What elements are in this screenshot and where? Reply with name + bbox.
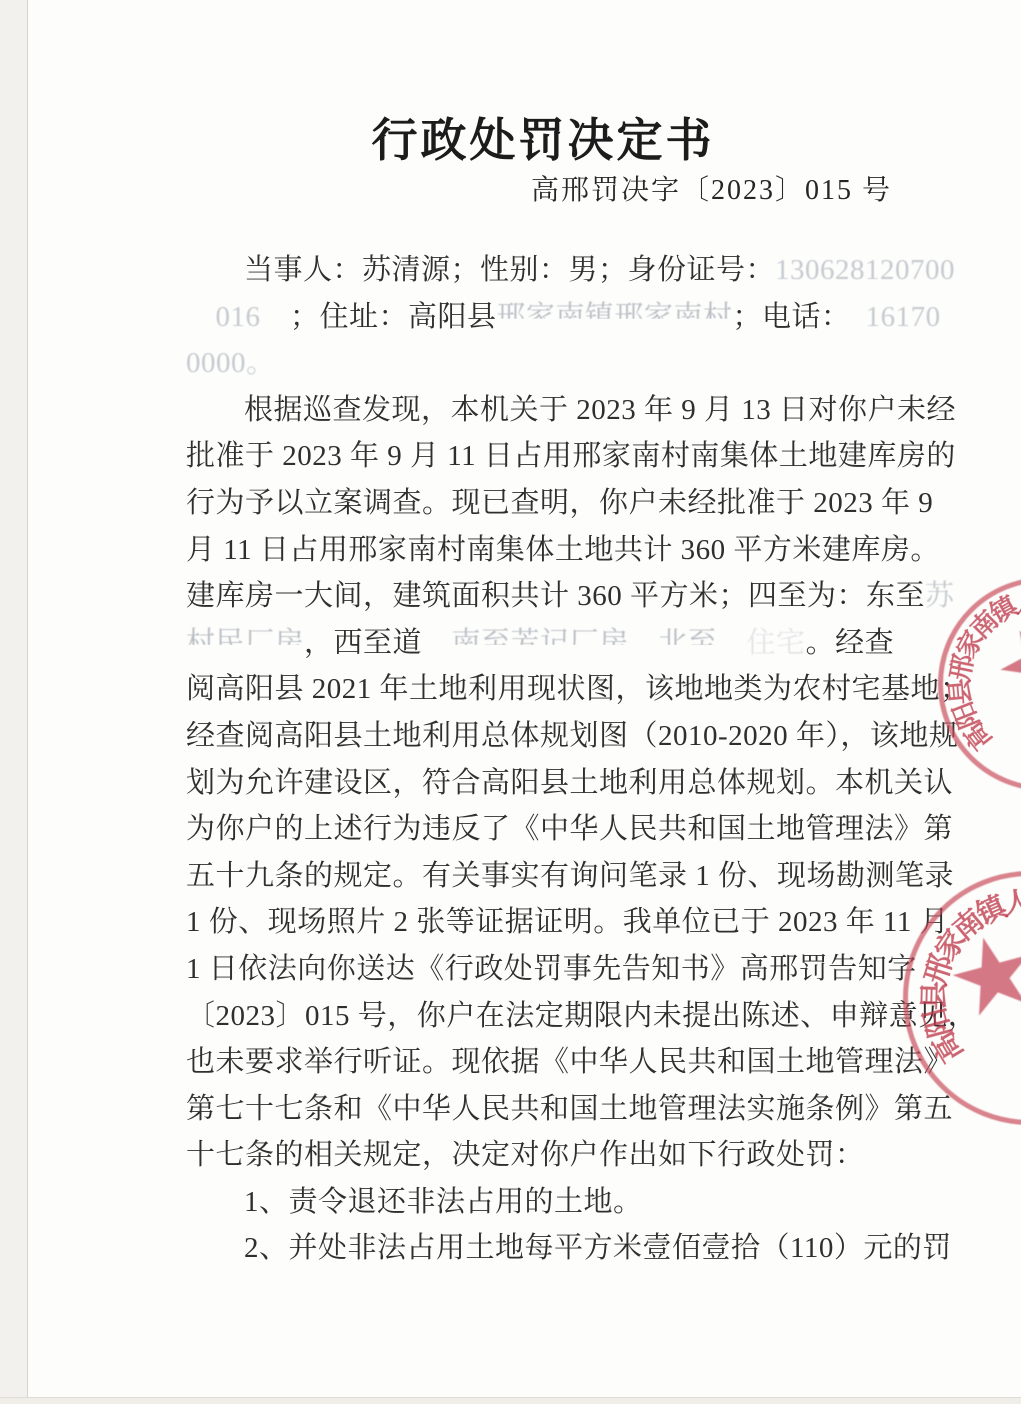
text-segment: 划为允许建设区，符合高阳县土地利用总体规划。本机关认 <box>186 767 953 799</box>
scan-bottom-edge <box>0 1397 1021 1404</box>
text-segment: 行为予以立案调查。现已查明，你户未经批准于 2023 年 9 <box>186 487 933 519</box>
text-segment: ，西至道 <box>304 627 422 659</box>
text-line: 当事人：苏清源；性别：男；身份证号：130628120700 <box>186 247 900 294</box>
redacted-text-segment: ，南至芳记厂房，北至 <box>422 620 747 667</box>
redacted-text-segment: 130628120700 <box>775 254 955 286</box>
text-segment: 经查阅高阳县土地利用总体规划图（2010-2020 年），该地规 <box>186 720 958 752</box>
text-line: 0000。 <box>186 340 900 387</box>
redacted-text-segment: 0000。 <box>186 347 276 379</box>
text-line: 1 份、现场照片 2 张等证据证明。我单位已于 2023 年 11 月 <box>186 899 900 946</box>
text-line: 第七十七条和《中华人民共和国土地管理法实施条例》第五 <box>186 1086 900 1133</box>
text-line: 十七条的相关规定，决定对你户作出如下行政处罚： <box>186 1132 900 1179</box>
text-line: 1 日依法向你送达《行政处罚事先告知书》高邢罚告知字 <box>186 946 900 993</box>
text-segment: 2、并处非法占用土地每平方米壹佰壹拾（110）元的罚 <box>244 1232 952 1264</box>
text-segment: 为你户的上述行为违反了《中华人民共和国土地管理法》第 <box>186 813 953 845</box>
text-segment: 五十九条的规定。有关事实有询问笔录 1 份、现场勘测笔录 <box>186 860 954 892</box>
redacted-text-segment: 邢家南镇邢家南村 <box>497 294 733 341</box>
text-segment: 1 份、现场照片 2 张等证据证明。我单位已于 2023 年 11 月 <box>186 906 949 938</box>
text-segment: 〔2023〕015 号，你户在法定期限内未提出陈述、申辩意见， <box>186 1000 977 1032</box>
scan-left-edge <box>0 0 28 1404</box>
text-line: 〔2023〕015 号，你户在法定期限内未提出陈述、申辩意见， <box>186 993 900 1040</box>
document-title: 行政处罚决定书 <box>186 104 900 170</box>
text-segment: 也未要求举行听证。现依据《中华人民共和国土地管理法》 <box>186 1046 953 1078</box>
text-line: 建库房一大间，建筑面积共计 360 平方米；四至为：东至苏 <box>186 573 900 620</box>
scanned-document-page: 行政处罚决定书 高邢罚决字〔2023〕015 号 当事人：苏清源；性别：男；身份… <box>0 0 1021 1404</box>
text-segment: 建库房一大间，建筑面积共计 360 平方米；四至为：东至 <box>186 580 925 612</box>
text-line: 月 11 日占用邢家南村南集体土地共计 360 平方米建库房。 <box>186 527 900 574</box>
redacted-text-segment: 16170 <box>836 301 941 333</box>
text-segment: 1、责令退还非法占用的土地。 <box>244 1186 643 1218</box>
text-line: 经查阅高阳县土地利用总体规划图（2010-2020 年），该地规 <box>186 713 900 760</box>
text-segment: 第七十七条和《中华人民共和国土地管理法实施条例》第五 <box>186 1093 953 1125</box>
text-segment: 十七条的相关规定，决定对你户作出如下行政处罚： <box>186 1139 865 1171</box>
text-segment: 阅高阳县 2021 年土地利用现状图，该地地类为农村宅基地； <box>186 673 970 705</box>
text-line: 村民厂房，西至道，南至芳记厂房，北至 住宅。经查 <box>186 620 900 667</box>
text-segment: 当事人：苏清源；性别：男；身份证号： <box>244 254 775 286</box>
text-segment: 批准于 2023 年 9 月 11 日占用邢家南村南集体土地建库房的 <box>186 440 956 472</box>
text-line: 也未要求举行听证。现依据《中华人民共和国土地管理法》 <box>186 1039 900 1086</box>
text-segment: 。经查 <box>806 627 895 659</box>
text-segment: ；住址：高阳县 <box>261 301 497 333</box>
redacted-text-segment: 苏 <box>925 580 955 612</box>
text-line: 五十九条的规定。有关事实有询问笔录 1 份、现场勘测笔录 <box>186 853 900 900</box>
text-line: 阅高阳县 2021 年土地利用现状图，该地地类为农村宅基地； <box>186 666 900 713</box>
text-line: 为你户的上述行为违反了《中华人民共和国土地管理法》第 <box>186 806 900 853</box>
text-line: 016 ；住址：高阳县邢家南镇邢家南村；电话： 16170 <box>186 294 900 341</box>
text-line: 根据巡查发现，本机关于 2023 年 9 月 13 日对你户未经 <box>186 387 900 434</box>
text-line: 2、并处非法占用土地每平方米壹佰壹拾（110）元的罚 <box>186 1225 900 1272</box>
text-line: 行为予以立案调查。现已查明，你户未经批准于 2023 年 9 <box>186 480 900 527</box>
text-line: 1、责令退还非法占用的土地。 <box>186 1179 900 1226</box>
redacted-text-segment: 村民厂房 <box>186 620 304 667</box>
document-body: 当事人：苏清源；性别：男；身份证号：130628120700 016 ；住址：高… <box>186 247 900 1272</box>
text-segment: ；电话： <box>733 301 837 333</box>
document-number: 高邢罚决字〔2023〕015 号 <box>186 168 892 208</box>
text-segment: 根据巡查发现，本机关于 2023 年 9 月 13 日对你户未经 <box>244 394 956 426</box>
text-segment: 1 日依法向你送达《行政处罚事先告知书》高邢罚告知字 <box>186 953 917 985</box>
text-line: 划为允许建设区，符合高阳县土地利用总体规划。本机关认 <box>186 760 900 807</box>
redacted-text-segment: 住宅 <box>747 627 806 659</box>
text-line: 批准于 2023 年 9 月 11 日占用邢家南村南集体土地建库房的 <box>186 433 900 480</box>
text-segment: 月 11 日占用邢家南村南集体土地共计 360 平方米建库房。 <box>186 534 940 566</box>
redacted-text-segment: 016 <box>186 301 261 333</box>
